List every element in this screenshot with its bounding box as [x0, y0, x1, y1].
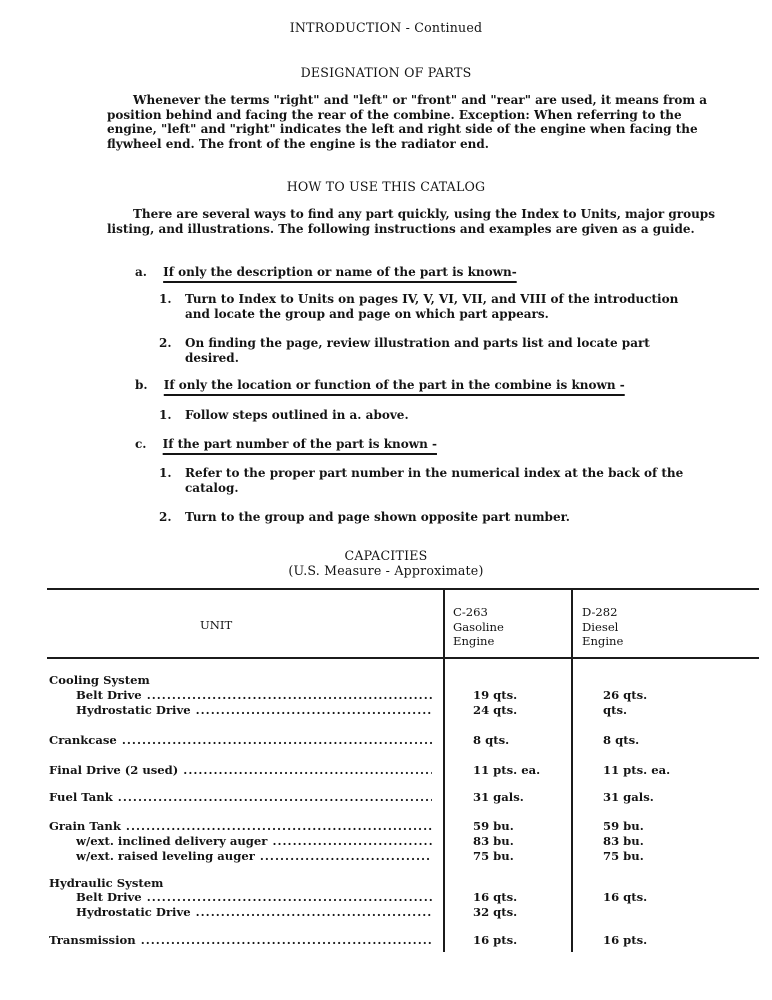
designation-text: Whenever the terms "right" and "left" or… — [107, 93, 707, 151]
capacity-diesel-value: 16 qts. — [603, 890, 647, 905]
capacity-unit: w/ext. raised leveling auger — [76, 849, 432, 864]
capacity-gasoline-value: 24 qts. — [473, 703, 517, 718]
engine-label: Engine — [453, 634, 504, 649]
capacity-unit: w/ext. inclined delivery auger — [76, 834, 432, 849]
column-header-unit: UNIT — [200, 618, 232, 632]
capacity-unit: Crankcase — [49, 733, 432, 748]
capacity-diesel-value: 75 bu. — [603, 849, 644, 864]
capacity-diesel-value: 16 pts. — [603, 933, 647, 948]
section-b-letter: b. — [135, 378, 148, 392]
designation-heading: DESIGNATION OF PARTS — [0, 65, 772, 80]
step-number: 1. — [159, 408, 172, 423]
designation-paragraph: Whenever the terms "right" and "left" or… — [107, 93, 717, 151]
section-c: c. If the part number of the part is kno… — [135, 437, 437, 451]
capacity-unit: Transmission — [49, 933, 432, 948]
section-b-title: If only the location or function of the … — [164, 378, 625, 392]
engine-fuel: Diesel — [582, 620, 623, 635]
capacity-gasoline-value: 83 bu. — [473, 834, 514, 849]
table-top-rule — [47, 588, 759, 590]
capacity-unit: Grain Tank — [49, 819, 432, 834]
capacity-unit: Hydrostatic Drive — [76, 703, 432, 718]
capacity-gasoline-value: 75 bu. — [473, 849, 514, 864]
capacity-diesel-value: 83 bu. — [603, 834, 644, 849]
capacity-diesel-value: 59 bu. — [603, 819, 644, 834]
step-number: 2. — [159, 336, 172, 351]
capacity-gasoline-value: 59 bu. — [473, 819, 514, 834]
step-text: Turn to Index to Units on pages IV, V, V… — [185, 292, 705, 321]
capacity-diesel-value: 26 qts. — [603, 688, 647, 703]
capacity-gasoline-value: 16 pts. — [473, 933, 517, 948]
section-a: a. If only the description or name of th… — [135, 265, 517, 279]
capacity-diesel-value: qts. — [603, 703, 627, 718]
capacity-gasoline-value: 19 qts. — [473, 688, 517, 703]
section-a-step-2: 2. On finding the page, review illustrat… — [159, 336, 719, 366]
page-header: INTRODUCTION - Continued — [0, 20, 772, 35]
capacity-gasoline-value: 16 qts. — [473, 890, 517, 905]
capacity-diesel-value: 8 qts. — [603, 733, 639, 748]
section-a-title: If only the description or name of the p… — [163, 265, 517, 279]
section-c-step-1: 1. Refer to the proper part number in th… — [159, 466, 719, 496]
capacity-diesel-value: 11 pts. ea. — [603, 763, 670, 778]
step-number: 2. — [159, 510, 172, 525]
capacity-gasoline-value: 31 gals. — [473, 790, 524, 805]
how-to-use-text: There are several ways to find any part … — [107, 207, 715, 236]
section-c-letter: c. — [135, 437, 146, 451]
capacity-unit: Belt Drive — [76, 688, 432, 703]
capacity-gasoline-value: 32 qts. — [473, 905, 517, 920]
table-divider-2 — [571, 589, 573, 952]
capacity-unit: Cooling System — [49, 673, 432, 688]
step-text: Refer to the proper part number in the n… — [185, 466, 705, 495]
table-divider-1 — [443, 589, 445, 952]
engine-model: C-263 — [453, 605, 504, 620]
capacities-subtitle: (U.S. Measure - Approximate) — [0, 563, 772, 578]
capacity-unit: Hydrostatic Drive — [76, 905, 432, 920]
section-c-step-2: 2. Turn to the group and page shown oppo… — [159, 510, 719, 526]
step-text: Follow steps outlined in a. above. — [185, 408, 705, 423]
table-header-rule — [47, 657, 759, 659]
capacities-title: CAPACITIES — [0, 548, 772, 563]
section-b: b. If only the location or function of t… — [135, 378, 625, 392]
engine-model: D-282 — [582, 605, 623, 620]
capacity-unit: Belt Drive — [76, 890, 432, 905]
step-text: Turn to the group and page shown opposit… — [185, 510, 705, 525]
step-number: 1. — [159, 466, 172, 481]
engine-fuel: Gasoline — [453, 620, 504, 635]
section-c-title: If the part number of the part is known … — [163, 437, 437, 451]
capacity-gasoline-value: 8 qts. — [473, 733, 509, 748]
capacity-unit: Hydraulic System — [49, 876, 432, 891]
section-a-letter: a. — [135, 265, 147, 279]
step-number: 1. — [159, 292, 172, 307]
capacity-unit: Final Drive (2 used) — [49, 763, 432, 778]
capacity-gasoline-value: 11 pts. ea. — [473, 763, 540, 778]
section-b-step-1: 1. Follow steps outlined in a. above. — [159, 408, 719, 424]
capacity-unit: Fuel Tank — [49, 790, 432, 805]
how-to-use-paragraph: There are several ways to find any part … — [107, 207, 717, 236]
column-header-diesel: D-282 Diesel Engine — [582, 605, 623, 649]
column-header-gasoline: C-263 Gasoline Engine — [453, 605, 504, 649]
section-a-step-1: 1. Turn to Index to Units on pages IV, V… — [159, 292, 719, 322]
step-text: On finding the page, review illustration… — [185, 336, 705, 365]
how-to-use-heading: HOW TO USE THIS CATALOG — [0, 179, 772, 194]
capacity-diesel-value: 31 gals. — [603, 790, 654, 805]
engine-label: Engine — [582, 634, 623, 649]
